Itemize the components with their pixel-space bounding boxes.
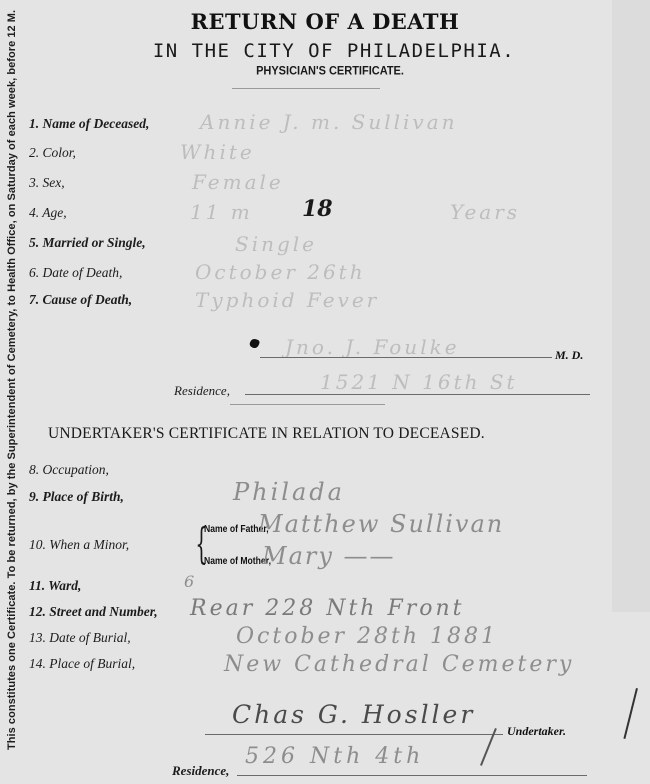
field-value-age: 18	[302, 196, 333, 222]
physician-residence-underline	[230, 404, 385, 405]
field-label-occupation: 8. Occupation,	[29, 462, 109, 478]
field-value-date-of-death: October 26th	[195, 260, 366, 284]
field-label-place-of-burial: 14. Place of Burial,	[29, 656, 135, 672]
undertaker-residence-label: Residence,	[172, 763, 229, 779]
undertaker-residence-line	[237, 775, 587, 776]
physician-signature-line	[260, 357, 552, 358]
field-value-date-of-burial: October 28th 1881	[236, 624, 498, 649]
field-value-place-of-burial: New Cathedral Cemetery	[224, 652, 574, 677]
undertaker-signature: Chas G. Hosller	[232, 700, 475, 729]
scan-edge-strip	[612, 0, 650, 612]
document-subtitle: IN THE CITY OF PHILADELPHIA.	[0, 40, 650, 62]
physician-residence-value: 1521 N 16th St	[320, 370, 518, 394]
field-value-age-unit: Years	[450, 200, 520, 224]
field-label-age: 4. Age,	[29, 205, 67, 221]
field-label-sex: 3. Sex,	[29, 175, 65, 191]
field-value-cause-of-death: Typhoid Fever	[195, 288, 379, 312]
md-suffix-label: M. D.	[555, 348, 583, 363]
field-value-color: White	[180, 140, 255, 164]
side-instruction-note: This constitutes one Certificate. To be …	[1, 0, 23, 784]
field-value-street-and-number: Rear 228 Nth Front	[190, 596, 464, 621]
field-label-date-of-death: 6. Date of Death,	[29, 265, 122, 281]
physician-residence-label: Residence,	[174, 383, 230, 399]
pen-stroke-mark	[623, 688, 638, 739]
field-value-place-of-birth: Philada	[233, 478, 345, 506]
field-value-age-prefix: 11 m	[190, 200, 253, 224]
field-label-married-or-single: 5. Married or Single,	[29, 235, 146, 251]
field-label-when-a-minor: 10. When a Minor,	[29, 537, 129, 553]
field-value-name-of-deceased: Annie J. m. Sullivan	[200, 110, 458, 134]
physician-certificate-heading: PHYSICIAN'S CERTIFICATE.	[0, 64, 650, 77]
title-divider	[232, 88, 380, 89]
field-value-ward: 6	[184, 572, 195, 591]
document-title: RETURN OF A DEATH	[0, 9, 650, 34]
field-label-place-of-birth: 9. Place of Birth,	[29, 489, 124, 505]
physician-residence-line	[245, 394, 590, 395]
field-label-cause-of-death: 7. Cause of Death,	[29, 292, 132, 308]
field-label-street-and-number: 12. Street and Number,	[29, 604, 158, 620]
undertaker-signature-line	[205, 734, 503, 735]
name-of-mother-label: Name of Mother,	[204, 555, 271, 567]
field-label-ward: 11. Ward,	[29, 578, 81, 594]
undertaker-certificate-heading: UNDERTAKER'S CERTIFICATE IN RELATION TO …	[48, 425, 485, 443]
physician-signature: Jno. J. Foulke	[285, 335, 460, 359]
field-label-name-of-deceased: 1. Name of Deceased,	[29, 116, 149, 132]
name-of-mother-value: Mary ——	[262, 542, 396, 570]
undertaker-residence-value: 526 Nth 4th	[245, 744, 424, 769]
field-label-date-of-burial: 13. Date of Burial,	[29, 630, 131, 646]
ink-blot-mark	[249, 338, 261, 350]
field-value-married-or-single: Single	[235, 232, 317, 256]
field-label-color: 2. Color,	[29, 145, 76, 161]
undertaker-suffix-label: Undertaker.	[507, 724, 566, 739]
name-of-father-value: Matthew Sullivan	[258, 510, 504, 538]
field-value-sex: Female	[192, 170, 284, 194]
